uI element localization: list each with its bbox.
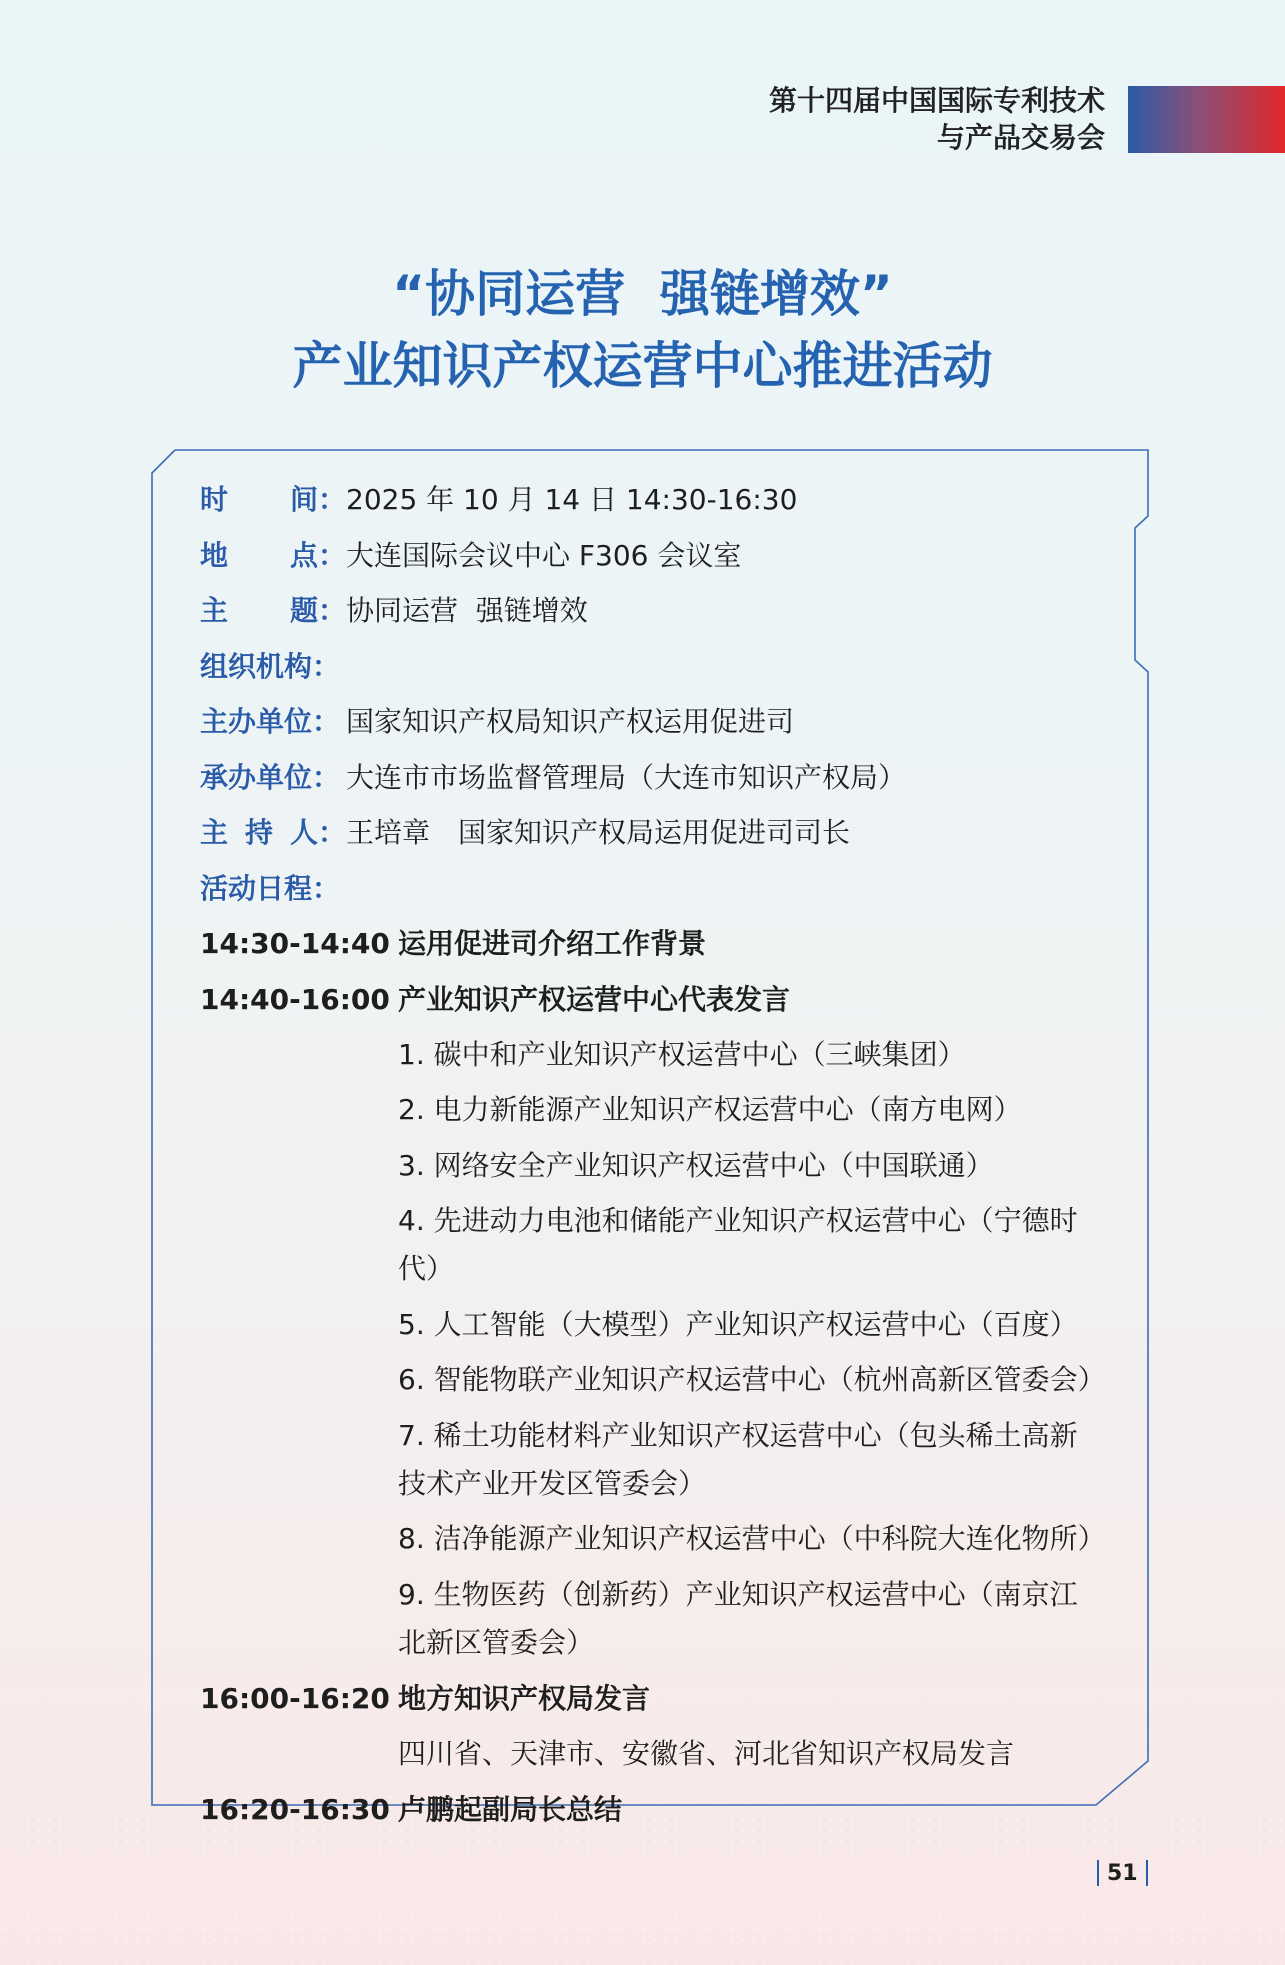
- schedule-time: 14:40-16:00: [200, 972, 398, 1028]
- schedule-time: 16:00-16:20: [200, 1671, 398, 1727]
- schedule-title: 地方知识产权局发言: [398, 1671, 650, 1727]
- event-name-line2: 与产品交易会: [769, 119, 1105, 156]
- schedule-label: 活动日程：: [200, 861, 346, 917]
- page-title-line2: 产业知识产权运营中心推进活动: [0, 330, 1285, 402]
- info-time: 时间： 2025 年 10 月 14 日 14:30-16:30: [200, 472, 1100, 528]
- theme-label: 主题：: [200, 583, 346, 639]
- info-theme: 主题： 协同运营 强链增效: [200, 583, 1100, 639]
- schedule-row: 14:30-14:40 运用促进司介绍工作背景: [200, 916, 1100, 972]
- list-item: 2. 电力新能源产业知识产权运营中心（南方电网）: [398, 1083, 1098, 1139]
- list-item: 9. 生物医药（创新药）产业知识产权运营中心（南京江北新区管委会）: [398, 1567, 1098, 1671]
- list-item: 3. 网络安全产业知识产权运营中心（中国联通）: [398, 1138, 1098, 1194]
- event-name-line1: 第十四届中国国际专利技术: [769, 82, 1105, 119]
- info-org: 组织机构：: [200, 639, 1100, 695]
- organizer-label: 承办单位：: [200, 750, 346, 806]
- info-organizer: 承办单位： 大连市市场监督管理局（大连市知识产权局）: [200, 750, 1100, 806]
- schedule-title: 卢鹏起副局长总结: [398, 1782, 622, 1838]
- info-host: 主办单位： 国家知识产权局知识产权运用促进司: [200, 694, 1100, 750]
- list-item: 6. 智能物联产业知识产权运营中心（杭州高新区管委会）: [398, 1353, 1098, 1409]
- list-item: 四川省、天津市、安徽省、河北省知识产权局发言: [398, 1726, 1098, 1782]
- divider: [1146, 1860, 1148, 1886]
- speaker-list: 1. 碳中和产业知识产权运营中心（三峡集团） 2. 电力新能源产业知识产权运营中…: [398, 1027, 1100, 1671]
- org-label: 组织机构：: [200, 639, 346, 695]
- schedule-row: 16:00-16:20 地方知识产权局发言: [200, 1671, 1100, 1727]
- theme-value: 协同运营 强链增效: [346, 583, 588, 639]
- page-number: 51: [1097, 1856, 1148, 1890]
- moderator-label: 主持人：: [200, 805, 346, 861]
- event-details: 时间： 2025 年 10 月 14 日 14:30-16:30 地点： 大连国…: [200, 472, 1100, 1837]
- list-item: 5. 人工智能（大模型）产业知识产权运营中心（百度）: [398, 1297, 1098, 1353]
- divider: [1097, 1860, 1099, 1886]
- moderator-value: 王培章 国家知识产权局运用促进司司长: [346, 805, 850, 861]
- schedule-time: 14:30-14:40: [200, 916, 398, 972]
- time-value: 2025 年 10 月 14 日 14:30-16:30: [346, 472, 797, 528]
- event-name: 第十四届中国国际专利技术 与产品交易会: [769, 82, 1105, 156]
- schedule-row: 14:40-16:00 产业知识产权运营中心代表发言: [200, 972, 1100, 1028]
- info-place: 地点： 大连国际会议中心 F306 会议室: [200, 528, 1100, 584]
- list-item: 1. 碳中和产业知识产权运营中心（三峡集团）: [398, 1027, 1098, 1083]
- host-value: 国家知识产权局知识产权运用促进司: [346, 694, 794, 750]
- place-label: 地点：: [200, 528, 346, 584]
- info-moderator: 主持人： 王培章 国家知识产权局运用促进司司长: [200, 805, 1100, 861]
- accent-gradient-bar: [1128, 86, 1285, 153]
- time-label: 时间：: [200, 472, 346, 528]
- page-title: “协同运营 强链增效” 产业知识产权运营中心推进活动: [0, 258, 1285, 402]
- schedule-title: 运用促进司介绍工作背景: [398, 916, 706, 972]
- speaker-list: 四川省、天津市、安徽省、河北省知识产权局发言: [398, 1726, 1100, 1782]
- schedule-heading: 活动日程：: [200, 861, 1100, 917]
- page-title-line1: “协同运营 强链增效”: [0, 258, 1285, 330]
- organizer-value: 大连市市场监督管理局（大连市知识产权局）: [346, 750, 906, 806]
- host-label: 主办单位：: [200, 694, 346, 750]
- schedule-title: 产业知识产权运营中心代表发言: [398, 972, 790, 1028]
- list-item: 8. 洁净能源产业知识产权运营中心（中科院大连化物所）: [398, 1512, 1098, 1568]
- schedule-time: 16:20-16:30: [200, 1782, 398, 1838]
- list-item: 4. 先进动力电池和储能产业知识产权运营中心（宁德时代）: [398, 1194, 1098, 1298]
- schedule-row: 16:20-16:30 卢鹏起副局长总结: [200, 1782, 1100, 1838]
- list-item: 7. 稀土功能材料产业知识产权运营中心（包头稀土高新技术产业开发区管委会）: [398, 1408, 1098, 1512]
- page-number-value: 51: [1107, 1861, 1138, 1886]
- place-value: 大连国际会议中心 F306 会议室: [346, 528, 741, 584]
